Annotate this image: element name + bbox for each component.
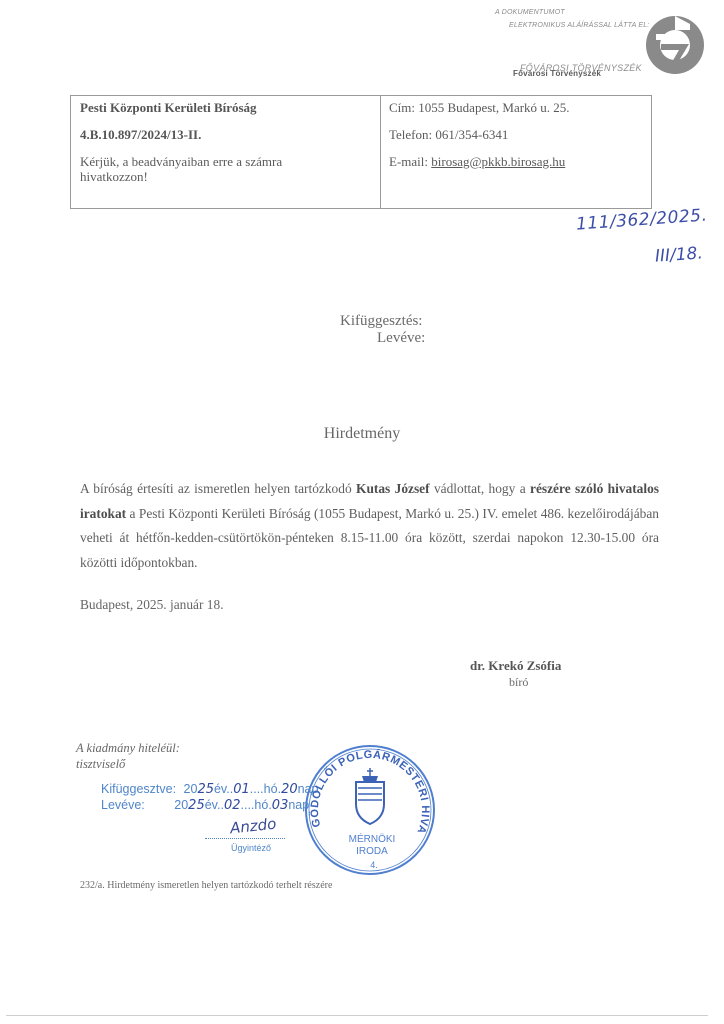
place-date: Budapest, 2025. január 18.	[80, 597, 224, 613]
form-footer-note: 232/a. Hirdetmény ismeretlen helyen tart…	[80, 880, 332, 891]
stamp-posted-year: 25	[197, 782, 214, 797]
email-label: E-mail:	[389, 154, 431, 169]
document-title: Hirdetmény	[0, 425, 724, 443]
case-number: 4.B.10.897/2024/13-II.	[80, 127, 380, 142]
signature-line	[205, 838, 285, 839]
clerk-label: Ügyintéző	[231, 843, 271, 853]
stamp-year-word: év	[214, 782, 226, 796]
stamp-removed-day: 03	[272, 798, 289, 813]
seal-center-line2: IRODA	[356, 846, 388, 857]
seal-number: 4.	[370, 860, 378, 870]
body-text-1: A bíróság értesíti az ismeretlen helyen …	[80, 481, 356, 496]
court-info-cell: Pesti Központi Kerületi Bíróság 4.B.10.8…	[71, 96, 381, 208]
stamp-removed-label: Levéve:	[101, 798, 145, 812]
e-signature-stamp: A DOKUMENTUMOT ELEKTRONIKUS ALÁÍRÁSSAL L…	[495, 6, 655, 32]
court-logo-icon	[644, 14, 706, 76]
contact-info-cell: Cím: 1055 Budapest, Markó u. 25. Telefon…	[381, 96, 651, 208]
authentication-line1: A kiadmány hiteléül:	[76, 741, 180, 756]
stamp-posted-day: 20	[281, 782, 298, 797]
stamp-removed-month: 02	[224, 798, 241, 813]
posting-label: Kifüggesztés:	[340, 313, 422, 330]
stamp-posted-row: Kifüggesztve: 2025év..01....hó.20nap	[101, 782, 318, 797]
stamp-posted-month: 01	[233, 782, 250, 797]
reference-note-line2: hivatkozzon!	[80, 169, 380, 184]
stamp-year-word: év	[205, 798, 217, 812]
hungarian-coat-of-arms-icon	[356, 768, 384, 824]
stamp-posted-year-prefix: 20	[184, 782, 198, 796]
court-email-row: E-mail: birosag@pkkb.birosag.hu	[389, 154, 651, 169]
email-link[interactable]: birosag@pkkb.birosag.hu	[431, 154, 565, 169]
court-header-table: Pesti Központi Kerületi Bíróság 4.B.10.8…	[70, 95, 652, 209]
office-seal: GÖDÖLLŐI POLGÁRMESTERI HIVATAL MÉRNÖKI I…	[300, 738, 440, 878]
court-name: Pesti Központi Kerületi Bíróság	[80, 100, 380, 115]
reference-note-line1: Kérjük, a beadványaiban erre a számra	[80, 154, 380, 169]
clerk-signature: Anzdo	[229, 815, 277, 838]
e-signature-line2: ELEKTRONIKUS ALÁÍRÁSSAL LÁTTA EL:	[509, 19, 655, 32]
body-text-3: a Pesti Központi Kerületi Bíróság (1055 …	[80, 506, 659, 570]
defendant-name: Kutas József	[356, 481, 430, 496]
notice-body: A bíróság értesíti az ismeretlen helyen …	[80, 477, 659, 575]
authentication-line2: tisztviselő	[76, 757, 125, 772]
page-bottom-rule	[6, 1015, 708, 1016]
stamp-removed-row: Levéve: 2025év..02....hó.03nap	[101, 798, 309, 813]
e-signature-signer: Fővárosi Törvényszék	[513, 67, 601, 80]
signatory-name: dr. Krekó Zsófia	[470, 658, 561, 674]
stamp-posted-label: Kifüggesztve:	[101, 782, 176, 796]
stamp-month-word: hó	[254, 798, 268, 812]
stamp-removed-year-prefix: 20	[174, 798, 188, 812]
body-text-2: vádlottat, hogy a	[430, 481, 530, 496]
court-phone: Telefon: 061/354-6341	[389, 127, 651, 142]
stamp-removed-year: 25	[188, 798, 205, 813]
court-address: Cím: 1055 Budapest, Markó u. 25.	[389, 100, 651, 115]
signatory-role: bíró	[509, 675, 528, 690]
handwritten-ref-line1: 111/362/2025.	[575, 205, 708, 234]
e-signature-line1: A DOKUMENTUMOT	[495, 6, 655, 19]
handwritten-ref-line2: III/18.	[654, 243, 703, 266]
seal-center-line1: MÉRNÖKI	[349, 832, 396, 845]
stamp-month-word: hó	[264, 782, 278, 796]
removal-label: Levéve:	[377, 330, 425, 347]
